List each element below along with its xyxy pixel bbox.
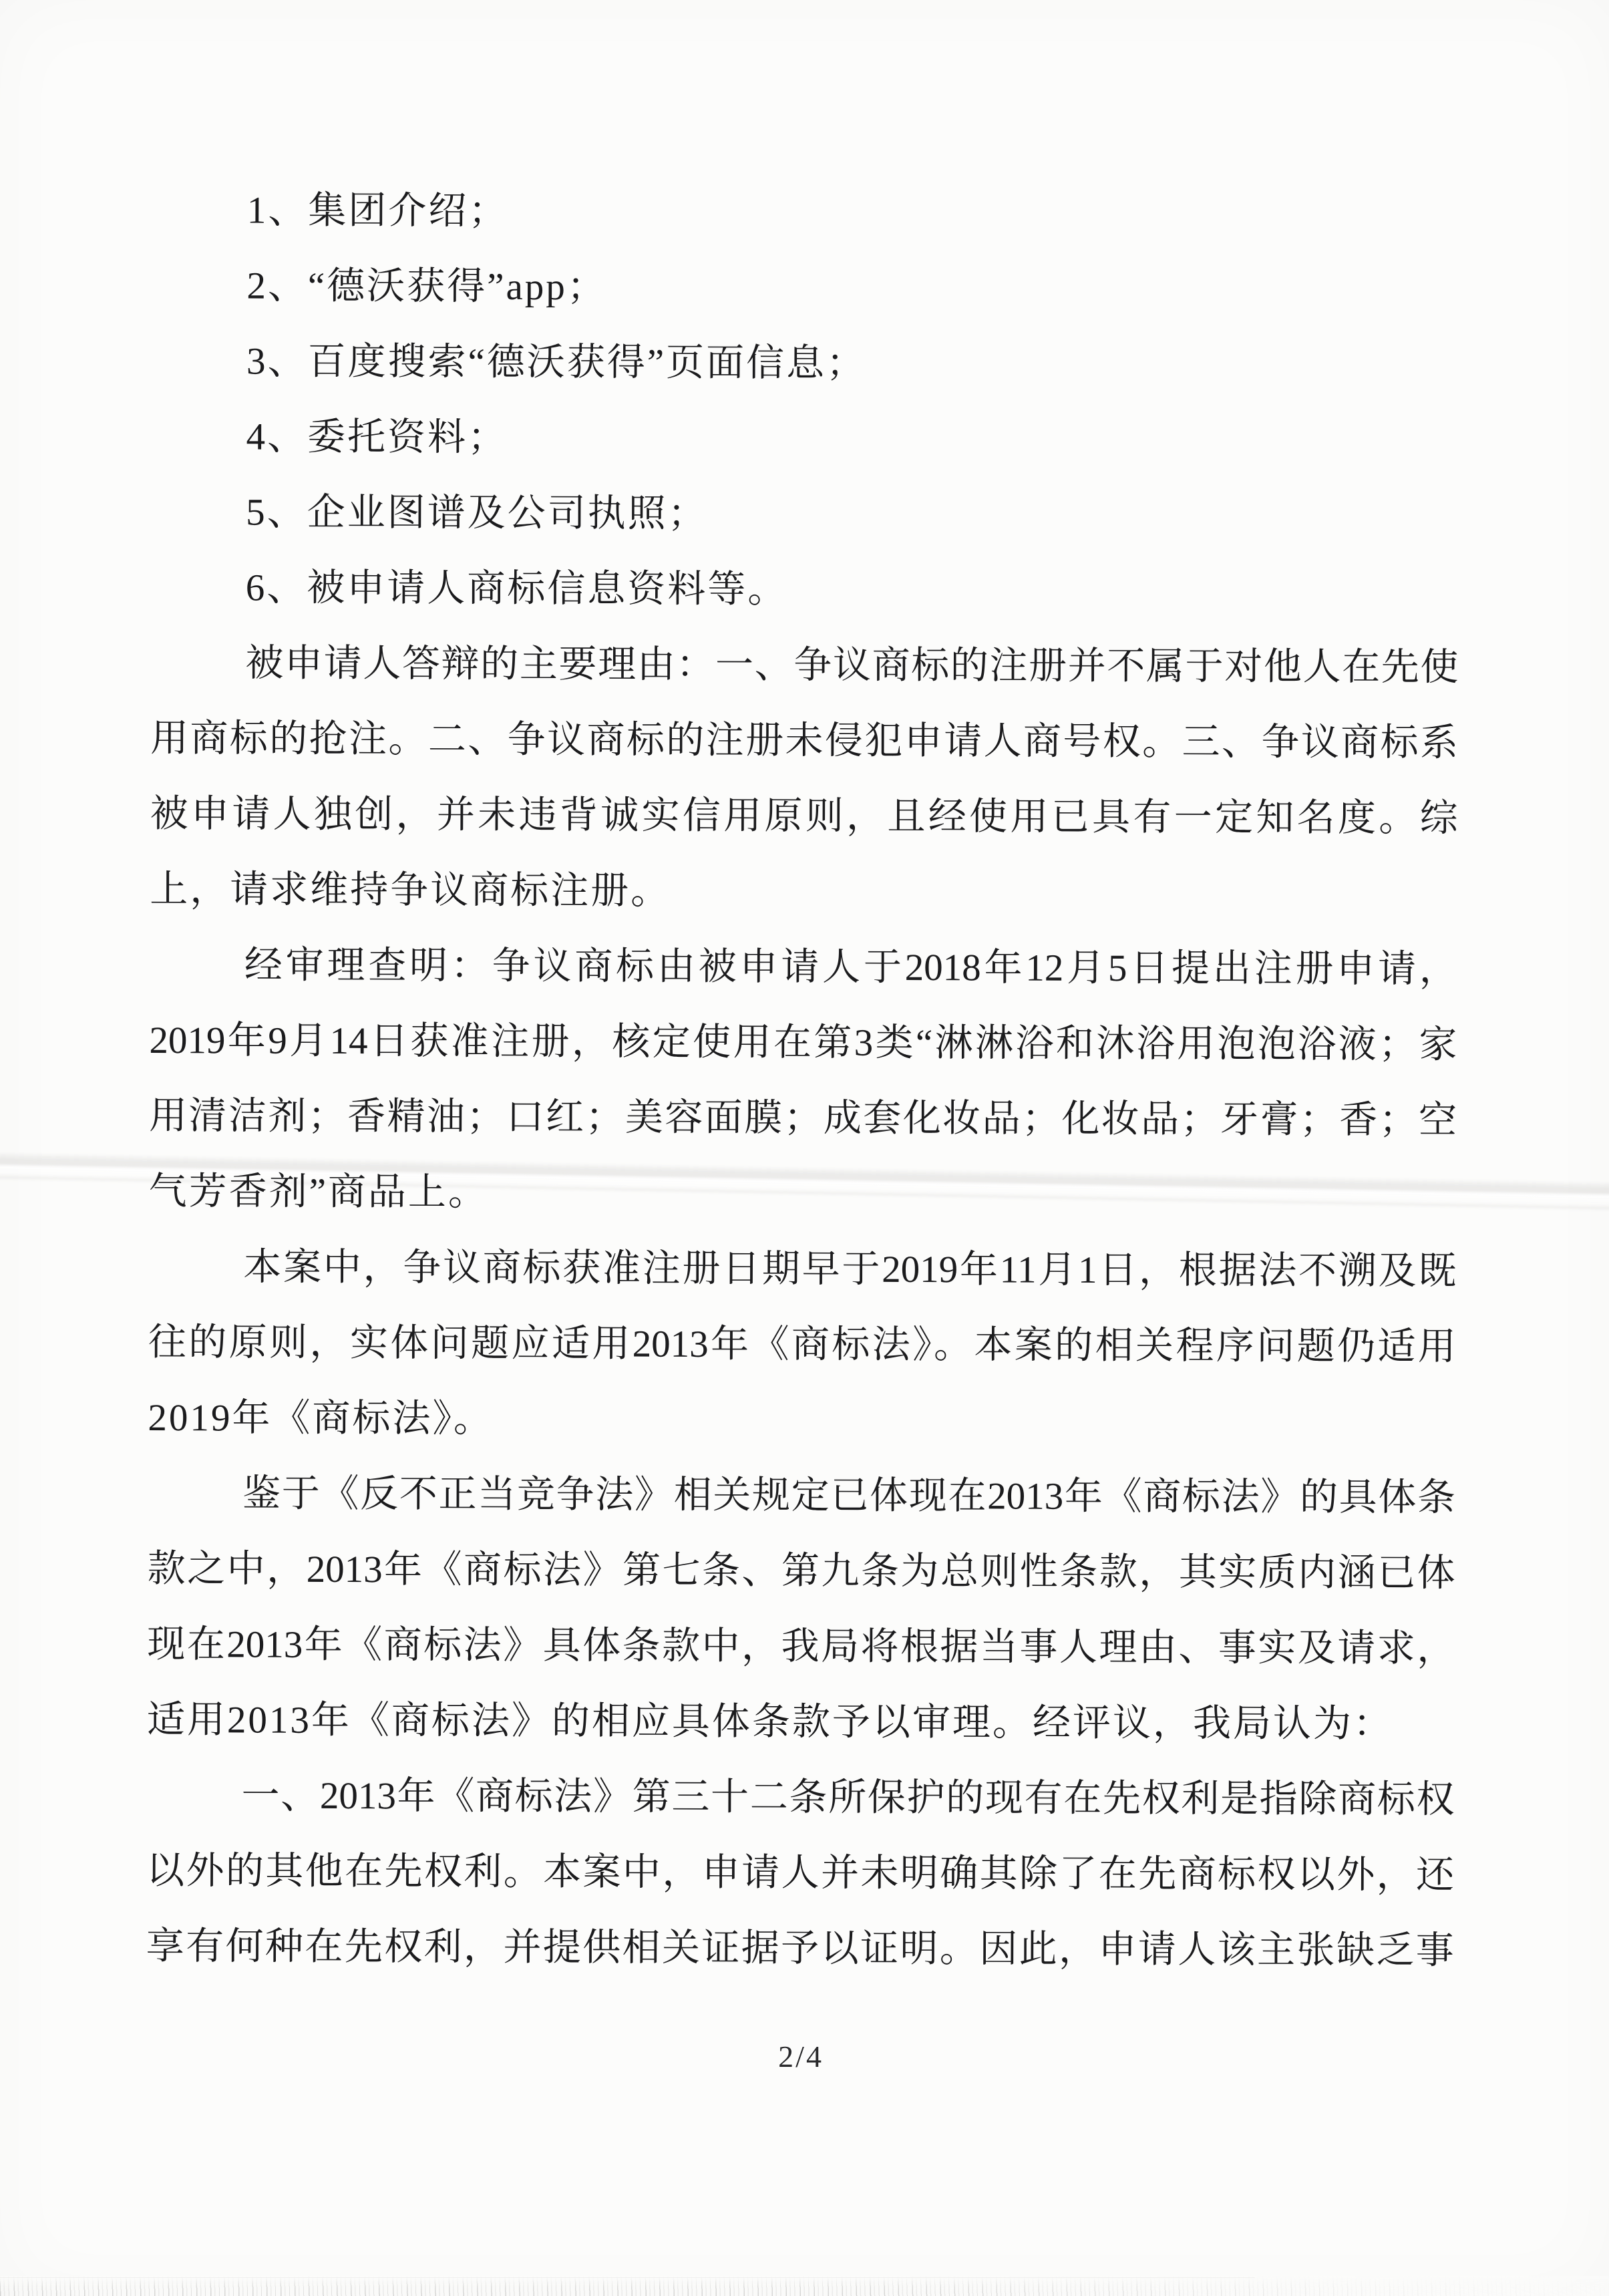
list-item: 4、委托资料； [151, 399, 1459, 479]
text-line: 被申请人独创，并未违背诚实信用原则，且经使用已具有一定知名度。综 [150, 776, 1457, 856]
evidence-list: 1、集团介绍； 2、“德沃获得”app； 3、百度搜索“德沃获得”页面信息； 4… [151, 172, 1460, 630]
page-number: 2/4 [778, 2039, 824, 2074]
text-line: 2019年《商标法》。 [148, 1380, 1455, 1460]
list-item: 3、百度搜索“德沃获得”页面信息； [152, 323, 1459, 403]
text-line: 以外的其他在先权利。本案中，申请人并未明确其除了在先商标权以外，还 [146, 1833, 1454, 1913]
paragraph-findings: 经审理查明：争议商标由被申请人于2018年12月5日提出注册申请， 2019年9… [148, 927, 1457, 1234]
scan-edge-hairline-artifact [0, 2277, 1255, 2278]
paragraph-defense: 被申请人答辩的主要理由：一、争议商标的注册并不属于对他人在先使 用商标的抢注。二… [150, 625, 1459, 932]
scan-bottom-edge-artifact [0, 2276, 1609, 2296]
list-item: 1、集团介绍； [152, 172, 1460, 253]
document-body: 1、集团介绍； 2、“德沃获得”app； 3、百度搜索“德沃获得”页面信息； 4… [146, 172, 1460, 1989]
text-line: 鉴于《反不正当竞争法》相关规定已体现在2013年《商标法》的具体条 [148, 1456, 1455, 1536]
text-line: 往的原则，实体问题应适用2013年《商标法》。本案的相关程序问题仍适用 [148, 1305, 1456, 1385]
text-line: 用清洁剂；香精油；口红；美容面膜；成套化妆品；化妆品；牙膏；香；空 [149, 1078, 1457, 1158]
text-line: 适用2013年《商标法》的相应具体条款予以审理。经评议，我局认为： [147, 1682, 1455, 1762]
scanned-document-page: 1、集团介绍； 2、“德沃获得”app； 3、百度搜索“德沃获得”页面信息； 4… [0, 0, 1609, 2296]
text-line: 气芳香剂”商品上。 [148, 1154, 1456, 1234]
text-line: 上，请求维持争议商标注册。 [150, 852, 1457, 932]
text-line: 用商标的抢注。二、争议商标的注册未侵犯申请人商号权。三、争议商标系 [150, 701, 1458, 781]
text-line: 经审理查明：争议商标由被申请人于2018年12月5日提出注册申请， [150, 927, 1457, 1007]
text-line: 被申请人答辩的主要理由：一、争议商标的注册并不属于对他人在先使 [150, 625, 1458, 705]
paragraph-general-clauses: 鉴于《反不正当竞争法》相关规定已体现在2013年《商标法》的具体条 款之中，20… [147, 1456, 1456, 1762]
list-item: 2、“德沃获得”app； [152, 248, 1459, 328]
list-item: 5、企业图谱及公司执照； [151, 474, 1459, 554]
text-line: 2019年9月14日获准注册，核定使用在第3类“淋淋浴和沐浴用泡泡浴液；家 [149, 1003, 1457, 1083]
text-line: 本案中，争议商标获准注册日期早于2019年11月1日，根据法不溯及既 [148, 1229, 1456, 1309]
text-line: 享有何种在先权利，并提供相关证据予以证明。因此，申请人该主张缺乏事 [146, 1909, 1454, 1989]
list-item: 6、被申请人商标信息资料等。 [151, 550, 1459, 630]
text-line: 款之中，2013年《商标法》第七条、第九条为总则性条款，其实质内涵已体 [148, 1531, 1455, 1611]
paragraph-law-application: 本案中，争议商标获准注册日期早于2019年11月1日，根据法不溯及既 往的原则，… [148, 1229, 1456, 1460]
paragraph-ruling-point-one: 一、2013年《商标法》第三十二条所保护的现有在先权利是指除商标权 以外的其他在… [146, 1758, 1455, 1989]
text-line: 现在2013年《商标法》具体条款中，我局将根据当事人理由、事实及请求， [147, 1607, 1455, 1687]
text-line: 一、2013年《商标法》第三十二条所保护的现有在先权利是指除商标权 [146, 1758, 1454, 1838]
scan-bottom-edge-fade [0, 2276, 1609, 2296]
